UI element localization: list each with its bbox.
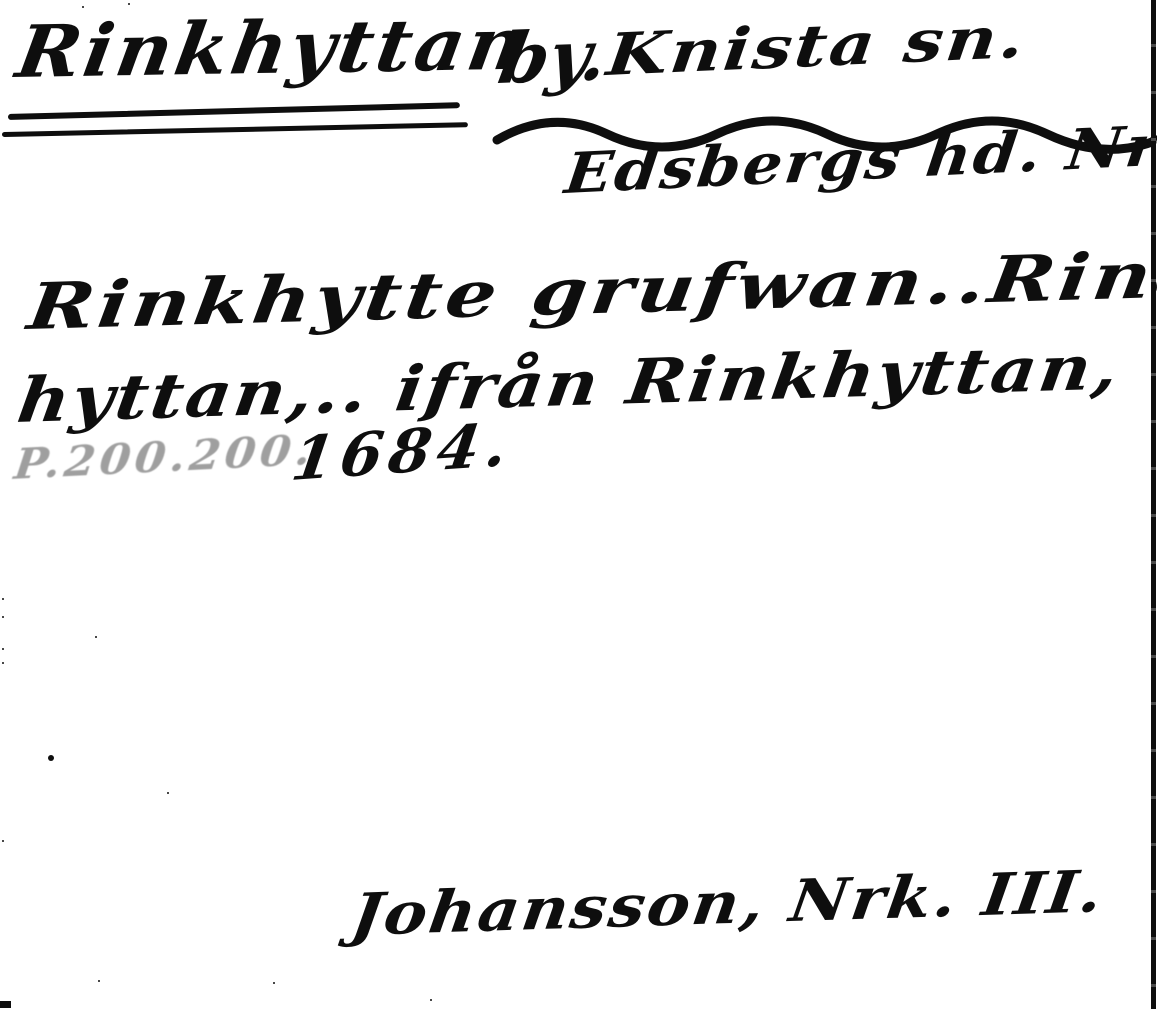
year-label: 1684. [288, 415, 517, 490]
scan-speck [82, 6, 84, 8]
scan-corner-mark [0, 1001, 11, 1008]
scan-speck [128, 3, 130, 5]
excerpt-line-1: Rinkhytte grufwan..Rinck- [24, 240, 1157, 340]
scan-speck [2, 598, 4, 600]
excerpt-line-2: hyttan,.. ifrån Rinkhyttan, [14, 336, 1124, 432]
scan-right-border [1151, 0, 1156, 1009]
parish-label: Knista sn. [604, 8, 1029, 84]
scan-speck [2, 648, 4, 650]
scan-speck [167, 792, 169, 794]
scan-speck [95, 636, 97, 638]
scan-speck [2, 616, 4, 618]
archive-card: Rinkhyttan by. Knista sn. Edsbergs hd. N… [0, 0, 1157, 1009]
source-attribution: Johansson, Nrk. III. [348, 862, 1108, 944]
headword-underline-1 [8, 102, 460, 120]
scan-speck [98, 980, 100, 982]
scan-speck [2, 840, 4, 842]
scan-speck [2, 662, 4, 664]
faint-page-reference: P.200.200. [12, 429, 317, 486]
scan-speck [48, 755, 54, 761]
scan-speck [273, 982, 275, 984]
headword: Rinkhyttan [12, 8, 533, 88]
scan-speck [430, 999, 432, 1001]
settlement-type-label: by. [494, 20, 613, 94]
headword-underline-2 [2, 122, 468, 137]
